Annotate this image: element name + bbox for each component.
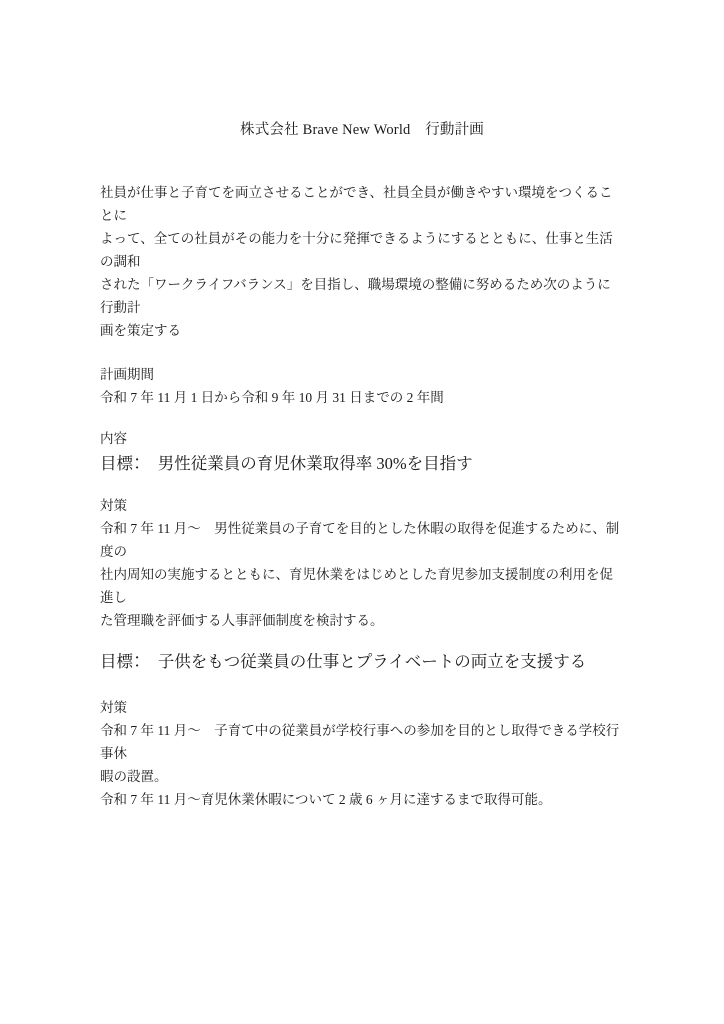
content-heading: 内容: [100, 427, 624, 450]
plan-period-body: 令和 7 年 11 月 1 日から令和 9 年 10 月 31 日までの 2 年…: [100, 386, 624, 409]
measure-1-section: 対策 令和 7 年 11 月～ 男性従業員の子育てを目的とした休暇の取得を促進す…: [100, 494, 624, 632]
intro-paragraph: 社員が仕事と子育てを両立させることができ、社員全員が働きやすい環境をつくることに…: [100, 181, 624, 342]
goal-2: 目標： 子供をもつ従業員の仕事とプライベートの両立を支援する: [100, 648, 624, 675]
measure-2-heading: 対策: [100, 696, 624, 719]
content-section: 内容 目標： 男性従業員の育児休業取得率 30%を目指す: [100, 427, 624, 477]
measure-2-section: 対策 令和 7 年 11 月～ 子育て中の従業員が学校行事への参加を目的とし取得…: [100, 696, 624, 811]
measure-2-body: 令和 7 年 11 月～ 子育て中の従業員が学校行事への参加を目的とし取得できる…: [100, 719, 624, 811]
measure-1-body: 令和 7 年 11 月～ 男性従業員の子育てを目的とした休暇の取得を促進するため…: [100, 517, 624, 632]
document-page: 株式会社 Brave New World 行動計画 社員が仕事と子育てを両立させ…: [0, 0, 724, 1024]
document-title: 株式会社 Brave New World 行動計画: [100, 121, 624, 140]
plan-period-heading: 計画期間: [100, 363, 624, 386]
goal-1: 目標： 男性従業員の育児休業取得率 30%を目指す: [100, 450, 624, 477]
measure-1-heading: 対策: [100, 494, 624, 517]
plan-period-section: 計画期間 令和 7 年 11 月 1 日から令和 9 年 10 月 31 日まで…: [100, 363, 624, 409]
